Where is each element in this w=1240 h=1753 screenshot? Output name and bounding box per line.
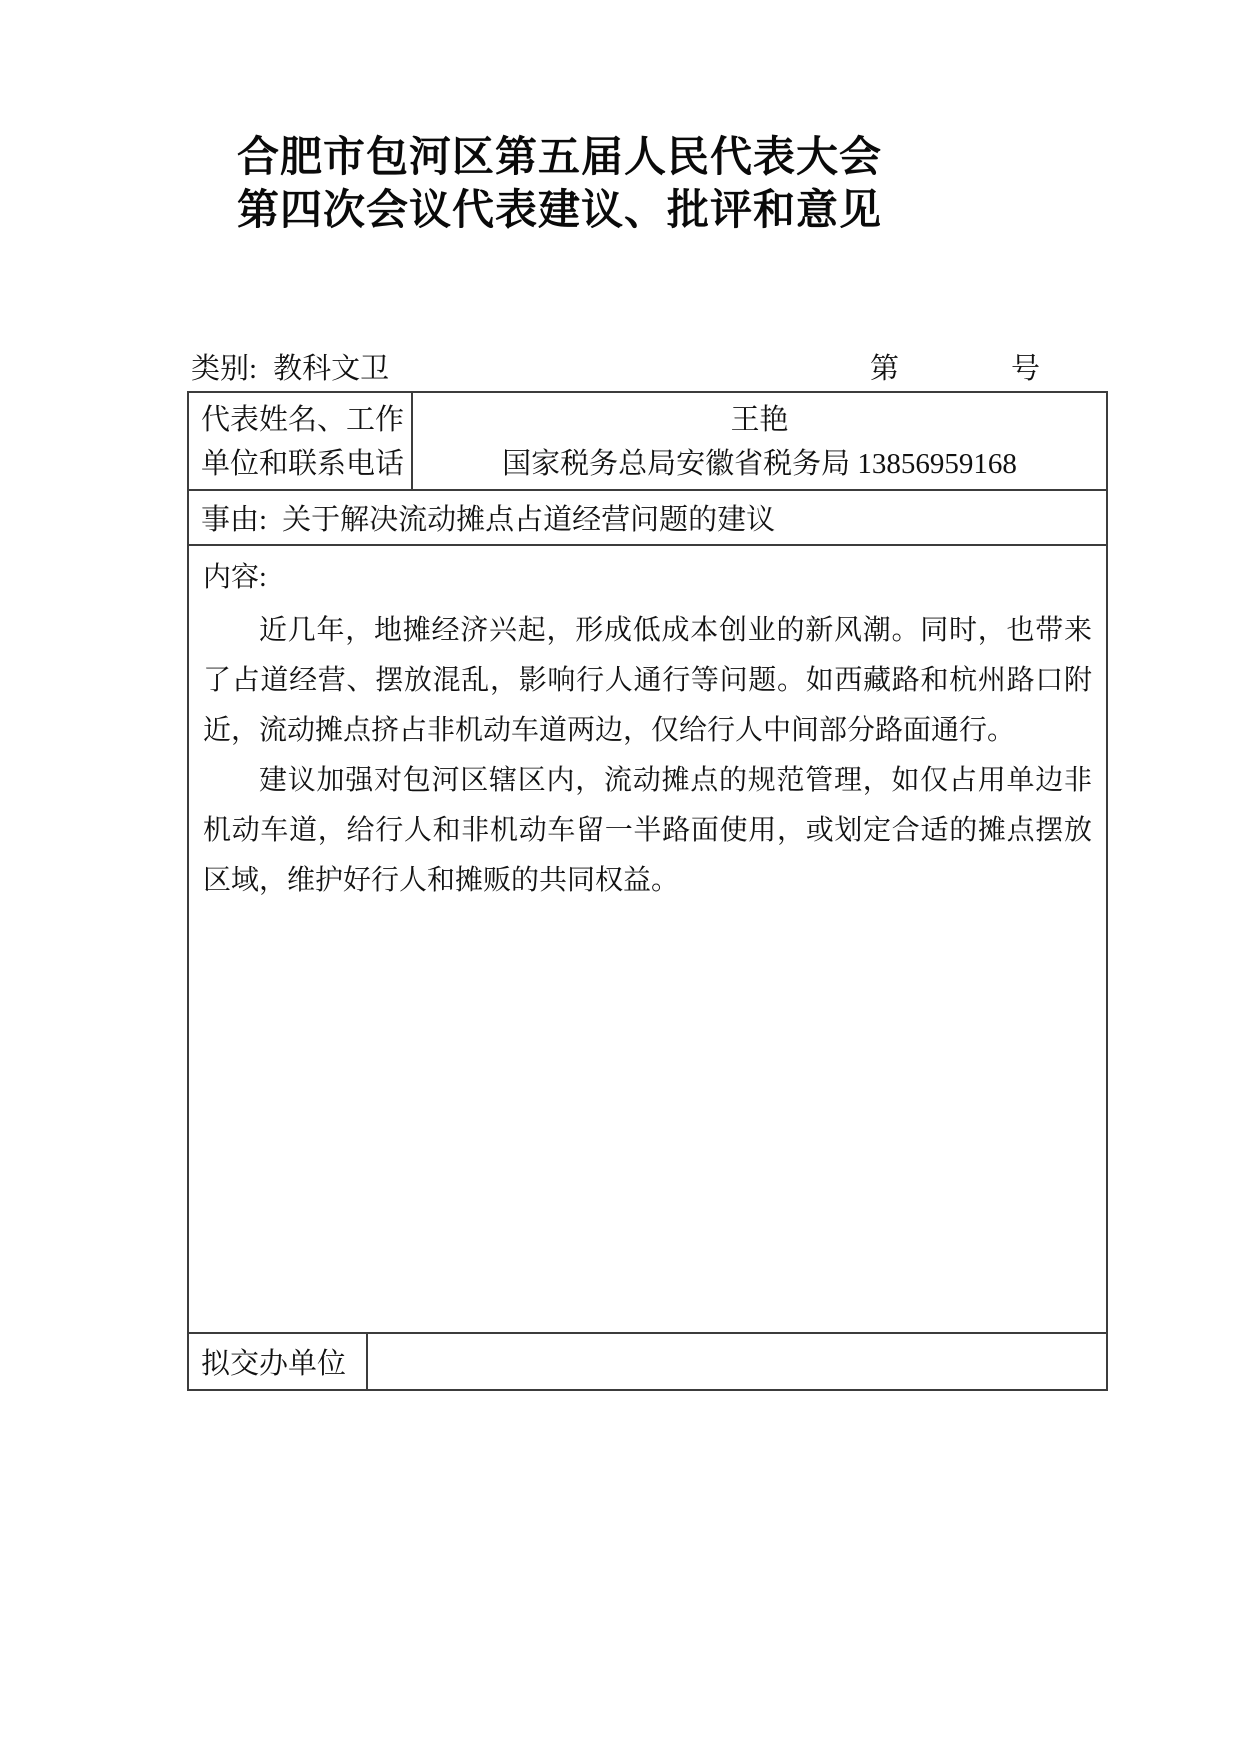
content-body: 近几年，地摊经济兴起，形成低成本创业的新风潮。同时，也带来了占道经营、摆放混乱，… — [203, 606, 1092, 906]
subject-value: 关于解决流动摊点占道经营问题的建议 — [282, 497, 775, 538]
representative-info-cell: 王艳 国家税务总局安徽省税务局 13856959168 — [413, 393, 1106, 489]
category-value: 教科文卫 — [273, 353, 389, 385]
representative-header-cell: 代表姓名、工作 单位和联系电话 — [189, 393, 413, 489]
representative-unit-phone: 国家税务总局安徽省税务局 13856959168 — [413, 442, 1106, 486]
representative-header-line2: 单位和联系电话 — [201, 442, 411, 486]
assign-unit-value-cell — [368, 1334, 1106, 1389]
category-field: 类别:教科文卫 — [191, 348, 389, 390]
assign-unit-label-cell: 拟交办单位 — [189, 1334, 368, 1389]
meta-row: 类别:教科文卫 第号 — [187, 348, 1104, 390]
number-prefix: 第 — [870, 353, 899, 385]
representative-row: 代表姓名、工作 单位和联系电话 王艳 国家税务总局安徽省税务局 13856959… — [189, 393, 1106, 491]
representative-name: 王艳 — [413, 398, 1106, 442]
document-title: 合肥市包河区第五届人民代表大会 第四次会议代表建议、批评和意见 — [187, 132, 932, 238]
content-label: 内容: — [203, 556, 1092, 600]
category-label: 类别: — [191, 353, 257, 385]
content-paragraph-2: 建议加强对包河区辖区内，流动摊点的规范管理，如仅占用单边非机动车道，给行人和非机… — [203, 756, 1092, 906]
number-suffix: 号 — [1011, 353, 1040, 385]
content-row: 内容: 近几年，地摊经济兴起，形成低成本创业的新风潮。同时，也带来了占道经营、摆… — [189, 546, 1106, 1334]
document-title-line1: 合肥市包河区第五届人民代表大会 — [187, 132, 932, 185]
content-paragraph-1: 近几年，地摊经济兴起，形成低成本创业的新风潮。同时，也带来了占道经营、摆放混乱，… — [203, 606, 1092, 756]
document-title-line2: 第四次会议代表建议、批评和意见 — [187, 185, 932, 238]
representative-header-line1: 代表姓名、工作 — [201, 398, 411, 442]
subject-label: 事由: — [201, 497, 267, 538]
document-number-field: 第号 — [870, 348, 1040, 390]
suggestion-form-table: 代表姓名、工作 单位和联系电话 王艳 国家税务总局安徽省税务局 13856959… — [187, 391, 1108, 1391]
assign-unit-label: 拟交办单位 — [201, 1341, 346, 1382]
assign-row: 拟交办单位 — [189, 1334, 1106, 1389]
subject-row: 事由:关于解决流动摊点占道经营问题的建议 — [189, 491, 1106, 546]
